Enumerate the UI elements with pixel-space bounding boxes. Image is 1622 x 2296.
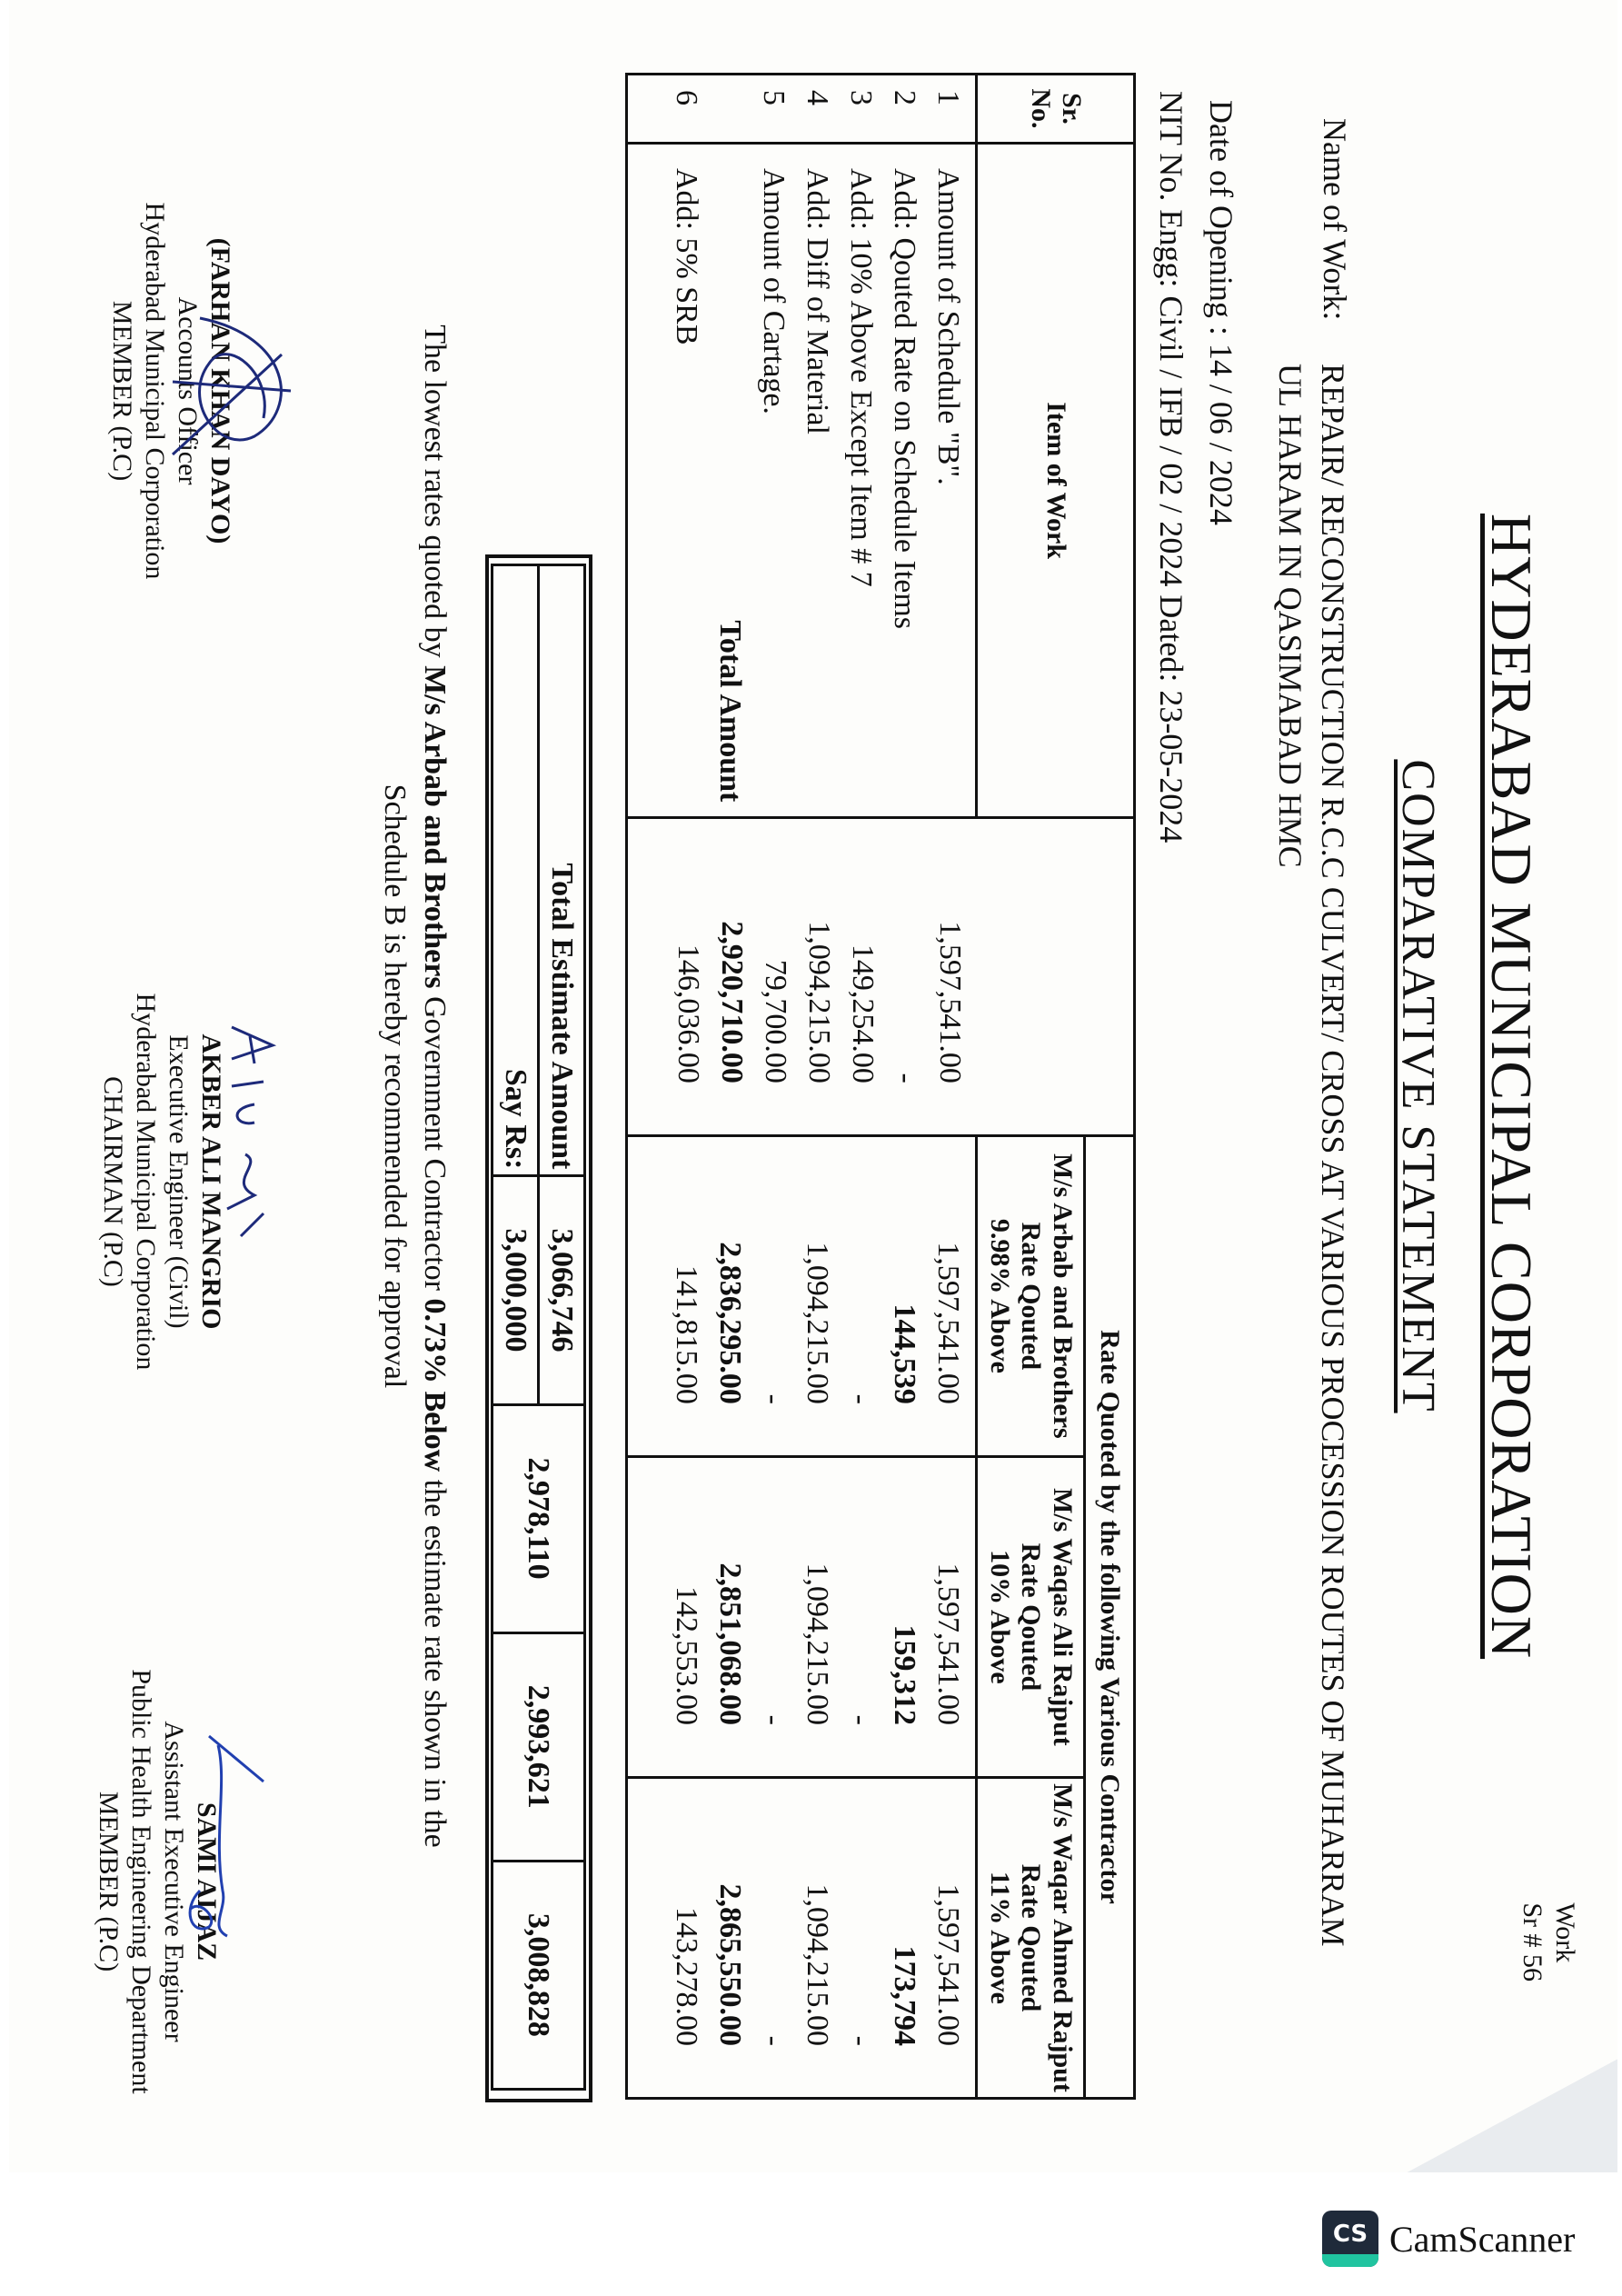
contractor-1-column: 1,597,541.00 144,539 - 1,094,215.00 - 2,… — [627, 1135, 977, 1456]
item-quoted-rate: Add: Qouted Rate on Schedule Items — [883, 150, 927, 811]
signatory-role: MEMBER (P.C) — [92, 1600, 124, 2163]
total-estimate-value: 3,066,746 — [539, 1176, 585, 1404]
contractor-3-column: 1,597,541.00 173,794 - 1,094,215.00 - 2,… — [627, 1777, 977, 2098]
header-item-of-work: Item of Work — [977, 143, 1135, 817]
signatory-executive-engineer: AKBER ALI MANGRIO Executive Engineer (Ci… — [96, 927, 227, 1436]
recommendation-text: The lowest rates quoted by M/s Arbab and… — [374, 0, 454, 2172]
recommendation-line2: Schedule B is hereby recommended for app… — [374, 0, 414, 2172]
say-label: Say Rs: — [493, 565, 539, 1176]
name-of-work-value: REPAIR/ RECONSTRUCTION R.C.C CULVERT/ CR… — [1269, 364, 1354, 1947]
signatory-role: MEMBER (P.C) — [105, 136, 138, 645]
item-cartage: Amount of Cartage. — [752, 150, 796, 811]
total-contractor-2: 2,993,621 — [493, 1632, 585, 1861]
recommendation-line1: The lowest rates quoted by M/s Arbab and… — [414, 0, 454, 2172]
signatory-name: AKBER ALI MANGRIO — [194, 927, 227, 1436]
signatory-designation: Accounts Officer — [171, 136, 204, 645]
total-contractor-1: 2,978,110 — [493, 1404, 585, 1632]
date-of-opening: Date of Opening : 14 / 06 / 2024 — [1202, 100, 1240, 525]
item-srb: Add: 5% SRB — [665, 150, 709, 811]
item-diff-material: Add: Diff of Material — [796, 150, 840, 811]
item-10pct: Add: 10% Above Except Item # 7 — [840, 150, 883, 811]
statement-title: COMPARATIVE STATEMENT — [1391, 0, 1445, 2172]
total-amount-label: Total Amount — [709, 150, 752, 811]
header-contractor-group: Rate Quoted by the following Various Con… — [1085, 1135, 1135, 2098]
organization-title: HYDERABAD MUNICIPAL CORPORATION — [1478, 0, 1545, 2172]
signatory-accounts-officer: (FARHAN KHAN DAYO) Accounts Officer Hyde… — [105, 136, 236, 645]
name-of-work-line2: UL HARAM IN QASIMABAD HMC — [1269, 364, 1311, 1947]
signatory-designation: Executive Engineer (Civil) — [162, 927, 194, 1436]
header-sr-no: Sr. No. — [977, 75, 1135, 144]
work-reference: Work Sr # 56 — [1516, 1902, 1581, 1982]
totals-table: Total Estimate Amount 3,066,746 2,978,11… — [491, 564, 586, 2091]
header-estimate — [977, 818, 1135, 1136]
scanned-page: HYDERABAD MUNICIPAL CORPORATION COMPARAT… — [9, 0, 1617, 2172]
document-sheet: HYDERABAD MUNICIPAL CORPORATION COMPARAT… — [9, 0, 1617, 2172]
work-ref-line2: Sr # 56 — [1516, 1902, 1548, 1982]
camscanner-watermark: CS CamScanner — [1322, 2211, 1575, 2267]
table-body-row: 1 2 3 4 5 6 Amount of Schedule "B". Add:… — [627, 75, 977, 2099]
camscanner-text: CamScanner — [1389, 2218, 1575, 2261]
lowest-rate: 0.73% Below — [418, 1298, 452, 1472]
nit-number: NIT No. Engg: Civil / IFB / 02 / 2024 Da… — [1152, 91, 1190, 843]
item-column: Amount of Schedule "B". Add: Qouted Rate… — [627, 143, 977, 817]
total-contractor-3: 3,008,828 — [493, 1861, 585, 2089]
estimate-column: 1,597,541.00 - 149,254.00 1,094,215.00 7… — [627, 818, 977, 1136]
comparative-table: Sr. No. Item of Work Rate Quoted by the … — [626, 73, 1137, 2100]
signatory-asst-executive-engineer: SAMI AIJAZ Assistant Executive Engineer … — [92, 1600, 223, 2163]
sr-column: 1 2 3 4 5 6 — [627, 75, 977, 144]
signature-mark-2 — [218, 1018, 282, 1254]
signatory-department: Hyderabad Municipal Corporation — [138, 136, 171, 645]
signatory-name: SAMI AIJAZ — [190, 1600, 223, 2163]
contractor-2-column: 1,597,541.00 159,312 - 1,094,215.00 - 2,… — [627, 1456, 977, 1777]
total-estimate-label: Total Estimate Amount — [539, 565, 585, 1176]
signatory-designation: Assistant Executive Engineer — [157, 1600, 190, 2163]
header-contractor-2: M/s Waqas Ali Rajput Rate Qouted 10% Abo… — [977, 1456, 1085, 1777]
signatory-department: Public Health Engineering Department — [124, 1600, 157, 2163]
signatory-role: CHAIRMAN (P.C) — [96, 927, 129, 1436]
signatory-department: Hyderabad Municipal Corporation — [129, 927, 162, 1436]
header-contractor-1: M/s Arbab and Brothers Rate Qouted 9.98%… — [977, 1135, 1085, 1456]
item-schedule-b: Amount of Schedule "B". — [927, 150, 970, 811]
camscanner-logo-icon: CS — [1322, 2211, 1378, 2267]
lowest-bidder: M/s Arbab and Brothers — [418, 665, 452, 988]
signatory-name: (FARHAN KHAN DAYO) — [204, 136, 236, 645]
name-of-work-line1: REPAIR/ RECONSTRUCTION R.C.C CULVERT/ CR… — [1311, 364, 1354, 1947]
name-of-work-label: Name of Work: — [1316, 118, 1354, 320]
say-value: 3,000,000 — [493, 1176, 539, 1404]
header-contractor-3: M/s Waqar Ahmed Rajput Rate Qouted 11% A… — [977, 1777, 1085, 2098]
total-estimate-row: Total Estimate Amount 3,066,746 2,978,11… — [539, 565, 585, 2090]
work-ref-line1: Work — [1548, 1902, 1581, 1982]
